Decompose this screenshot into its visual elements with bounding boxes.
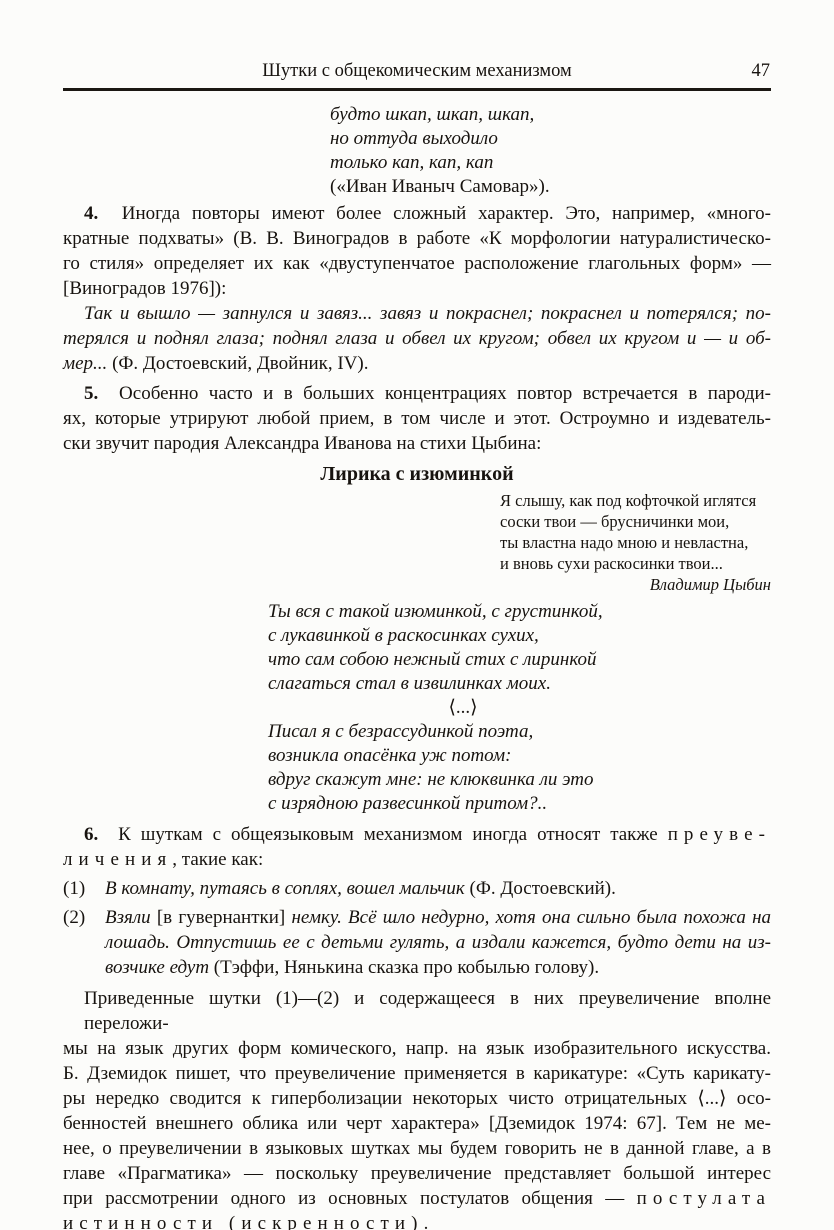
text-line: Приведенные шутки (1)—(2) и содержащееся…	[63, 986, 771, 1036]
text-segment: терялся и поднял глаза; поднял глаза и о…	[63, 328, 771, 349]
text-segment: постулата	[637, 1188, 771, 1209]
text-segment: [Виноградов 1976]):	[63, 278, 226, 299]
text-segment: (Ф. Достоевский, Двойник, IV).	[107, 353, 368, 374]
text-line: возникла опасёнка уж потом:	[268, 744, 658, 768]
text-segment: Ты вся с такой изюминкой, с грустинкой,	[268, 601, 603, 622]
running-head: Шутки с общекомическим механизмом 47	[63, 60, 771, 91]
text-segment: немку. Всё шло недурно, хотя она сильно …	[291, 907, 771, 928]
text-line: Так и вышло — запнулся и завяз... завяз …	[63, 301, 771, 326]
text-line: го стиля» определяет их как «двуступенча…	[63, 251, 771, 276]
text-line: 4. Иногда повторы имеют более сложный ха…	[63, 201, 771, 226]
text-segment: возчике едут	[105, 957, 209, 978]
text-segment: Так и вышло — запнулся и завяз... завяз …	[84, 303, 771, 324]
text-line: только кап, кап, кап	[330, 151, 771, 175]
text-segment: Взяли	[105, 907, 151, 928]
text-line: главе «Прагматика» — поскольку преувелич…	[63, 1161, 771, 1186]
text-line: ях, которые утрируют любой прием, в том …	[63, 406, 771, 431]
text-line: В комнату, путаясь в соплях, вошел мальч…	[105, 876, 771, 901]
text-line: 5. Особенно часто и в больших концентрац…	[63, 381, 771, 406]
text-segment: нее, о преувеличении в языковых шутках м…	[63, 1138, 771, 1159]
book-page: Шутки с общекомическим механизмом 47 буд…	[0, 0, 834, 1230]
text-line: Я слышу, как под кофточкой иглятся	[500, 490, 771, 511]
text-line: ты властна надо мною и невластна,	[500, 532, 771, 553]
text-segment: 4.	[84, 203, 98, 224]
quote-dostoevsky: Так и вышло — запнулся и завяз... завяз …	[63, 301, 771, 376]
text-segment: мер...	[63, 353, 107, 374]
text-line: кратные подхваты» (В. В. Виноградов в ра…	[63, 226, 771, 251]
text-line: Писал я с безрассудинкой поэта,	[268, 720, 658, 744]
text-line: Ты вся с такой изюминкой, с грустинкой,	[268, 600, 658, 624]
text-segment: Особенно часто и в больших концентрациях…	[98, 383, 771, 404]
text-segment: («Иван Иваныч Самовар»).	[330, 176, 550, 197]
paragraph-6: 6. К шуткам с общеязыковым механизмом ин…	[63, 822, 771, 872]
text-segment: ты властна надо мною и невластна,	[500, 533, 748, 552]
text-line: Б. Дземидок пишет, что преувеличение при…	[63, 1061, 771, 1086]
text-segment: Приведенные шутки (1)—(2) и содержащееся…	[84, 988, 776, 1034]
text-segment: Писал я с безрассудинкой поэта,	[268, 721, 533, 742]
text-segment: но оттуда выходило	[330, 128, 498, 149]
list-item-text: Взяли [в гувернантки] немку. Всё шло нед…	[105, 905, 771, 980]
text-segment: будто шкап, шкап, шкап,	[330, 104, 534, 125]
text-line: вдруг скажут мне: не клюквинка ли это	[268, 768, 658, 792]
text-segment: К шуткам с общеязыковым механизмом иногд…	[98, 824, 667, 845]
text-line: мы на язык других форм комического, напр…	[63, 1036, 771, 1061]
text-segment: личения	[63, 849, 172, 870]
text-segment: Иногда повторы имеют более сложный харак…	[98, 203, 771, 224]
text-line: что сам собою нежный стих с лиринкой	[268, 648, 658, 672]
text-segment: Лирика с изюминкой	[320, 463, 513, 485]
text-segment: соски твои — брусничинки мои,	[500, 512, 729, 531]
closing-paragraph: Приведенные шутки (1)—(2) и содержащееся…	[63, 986, 771, 1230]
text-segment: лошадь. Отпустишь ее с детьми гулять, а …	[105, 932, 771, 953]
text-segment: слагаться стал в извилинках моих.	[268, 673, 551, 694]
text-line: ски звучит пародия Александра Иванова на…	[63, 431, 771, 456]
text-line: при рассмотрении одного из основных пост…	[63, 1186, 771, 1211]
parody-heading: Лирика с изюминкой	[63, 462, 771, 486]
text-segment: В комнату, путаясь в соплях, вошел мальч…	[105, 878, 465, 899]
opening-verse: будто шкап, шкап, шкап,но оттуда выходил…	[330, 103, 771, 199]
page-number: 47	[752, 60, 771, 83]
text-segment: кратные подхваты» (В. В. Виноградов в ра…	[63, 228, 771, 249]
text-segment: главе «Прагматика» — поскольку преувелич…	[63, 1163, 771, 1184]
page-content: будто шкап, шкап, шкап,но оттуда выходил…	[63, 103, 771, 1230]
text-line: лошадь. Отпустишь ее с детьми гулять, а …	[105, 930, 771, 955]
text-segment: с лукавинкой в раскосинках сухих,	[268, 625, 539, 646]
text-segment: возникла опасёнка уж потом:	[268, 745, 511, 766]
text-line: мер... (Ф. Достоевский, Двойник, IV).	[63, 351, 771, 376]
running-head-title: Шутки с общекомическим механизмом	[63, 60, 771, 83]
text-line: с лукавинкой в раскосинках сухих,	[268, 624, 658, 648]
text-line: терялся и поднял глаза; поднял глаза и о…	[63, 326, 771, 351]
text-segment: истинности (искренности).	[63, 1213, 434, 1230]
text-segment: и вновь сухи раскосинки твои...	[500, 554, 723, 573]
text-line: Взяли [в гувернантки] немку. Всё шло нед…	[105, 905, 771, 930]
text-segment: го стиля» определяет их как «двуступенча…	[63, 253, 771, 274]
text-segment: вдруг скажут мне: не клюквинка ли это	[268, 769, 594, 790]
text-line: соски твои — брусничинки мои,	[500, 511, 771, 532]
paragraph-5: 5. Особенно часто и в больших концентрац…	[63, 381, 771, 456]
text-line: Лирика с изюминкой	[63, 462, 771, 486]
text-line: с изрядною развесинкой притом?..	[268, 792, 658, 816]
text-segment: преуве-	[668, 824, 771, 845]
example-2: (2)Взяли [в гувернантки] немку. Всё шло …	[63, 905, 771, 980]
text-line: бенностей внешнего облика или черт харак…	[63, 1111, 771, 1136]
text-segment: Я слышу, как под кофточкой иглятся	[500, 491, 756, 510]
text-segment: только кап, кап, кап	[330, 152, 493, 173]
text-segment: 5.	[84, 383, 98, 404]
text-line: слагаться стал в извилинках моих.	[268, 672, 658, 696]
text-segment: ры нередко сводится к гиперболизации нек…	[63, 1088, 771, 1109]
text-segment: с изрядною развесинкой притом?..	[268, 793, 547, 814]
text-line: [Виноградов 1976]):	[63, 276, 771, 301]
text-line: («Иван Иваныч Самовар»).	[330, 175, 771, 199]
parody-verse: Ты вся с такой изюминкой, с грустинкой,с…	[268, 600, 658, 816]
text-segment: ях, которые утрируют любой прием, в том …	[63, 408, 771, 429]
text-segment: ски звучит пародия Александра Иванова на…	[63, 433, 541, 454]
text-column: Шутки с общекомическим механизмом 47 буд…	[63, 60, 771, 1230]
text-line: истинности (искренности).	[63, 1211, 771, 1230]
text-line: нее, о преувеличении в языковых шутках м…	[63, 1136, 771, 1161]
text-segment: Владимир Цыбин	[650, 575, 771, 594]
text-segment: при рассмотрении одного из основных пост…	[63, 1188, 637, 1209]
list-marker: (2)	[63, 905, 105, 980]
text-line: личения, такие как:	[63, 847, 771, 872]
text-line: 6. К шуткам с общеязыковым механизмом ин…	[63, 822, 771, 847]
text-line: ры нередко сводится к гиперболизации нек…	[63, 1086, 771, 1111]
text-segment: , такие как:	[172, 849, 263, 870]
text-segment: ⟨...⟩	[448, 697, 477, 718]
text-line: будто шкап, шкап, шкап,	[330, 103, 771, 127]
paragraph-4: 4. Иногда повторы имеют более сложный ха…	[63, 201, 771, 301]
text-segment: бенностей внешнего облика или черт харак…	[63, 1113, 771, 1134]
text-segment: 6.	[84, 824, 98, 845]
example-1: (1)В комнату, путаясь в соплях, вошел ма…	[63, 876, 771, 901]
text-segment: (Тэффи, Нянькина сказка про кобылью голо…	[209, 957, 599, 978]
text-line: ⟨...⟩	[268, 696, 658, 720]
text-line: Владимир Цыбин	[500, 574, 771, 595]
list-marker: (1)	[63, 876, 105, 901]
list-item-text: В комнату, путаясь в соплях, вошел мальч…	[105, 876, 771, 901]
text-segment: (Ф. Достоевский).	[465, 878, 616, 899]
text-line: возчике едут (Тэффи, Нянькина сказка про…	[105, 955, 771, 980]
text-segment: Б. Дземидок пишет, что преувеличение при…	[63, 1063, 771, 1084]
epigraph: Я слышу, как под кофточкой иглятсясоски …	[500, 490, 771, 595]
text-line: но оттуда выходило	[330, 127, 771, 151]
text-segment: [в гувернантки]	[151, 907, 292, 928]
text-line: и вновь сухи раскосинки твои...	[500, 553, 771, 574]
text-segment: что сам собою нежный стих с лиринкой	[268, 649, 597, 670]
text-segment: мы на язык других форм комического, напр…	[63, 1038, 771, 1059]
